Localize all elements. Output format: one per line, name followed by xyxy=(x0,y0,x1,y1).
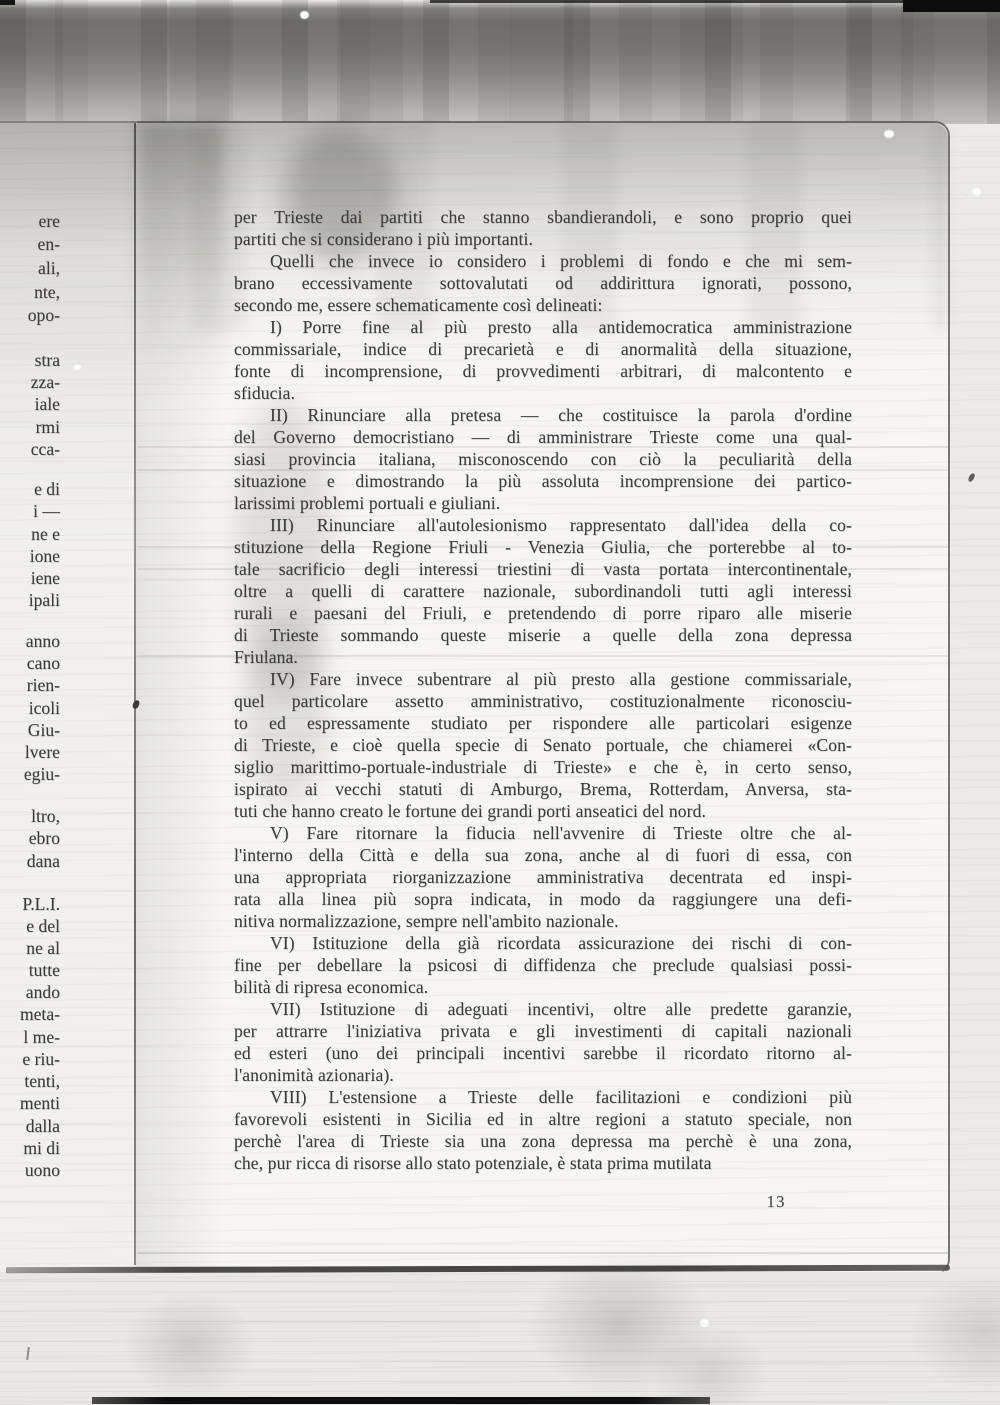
text-line: siglio marittimo-portuale-industriale di… xyxy=(234,756,852,778)
left-page-fragment: en- xyxy=(38,233,60,255)
scan-black-top-edge xyxy=(430,0,1000,3)
text-line: IV) Fare invece subentrare al più presto… xyxy=(234,668,852,690)
left-page-fragment: e di xyxy=(34,478,60,500)
text-line: to ed espressamente studiato per rispond… xyxy=(234,712,852,734)
text-line: di Trieste, e cioè quella specie di Sena… xyxy=(234,734,852,756)
scanned-book-page: { "document": { "language": "Italian", "… xyxy=(0,0,1000,1405)
text-line: Quelli che invece io considero i problem… xyxy=(234,250,852,272)
text-line: perchè l'area di Trieste sia una zona de… xyxy=(234,1130,852,1152)
text-line: brano eccessivamente sottovalutati od ad… xyxy=(234,272,852,294)
text-block: per Trieste dai partiti che stanno sband… xyxy=(234,206,852,1174)
left-page-fragment: anno xyxy=(26,630,60,652)
left-page-fragment: ne e xyxy=(31,523,60,545)
left-page-fragment: zza- xyxy=(31,371,60,393)
text-line: di Trieste sommando queste miserie a que… xyxy=(234,624,852,646)
left-page-fragment: cca- xyxy=(31,438,60,460)
text-line: ispirato ai vecchi statuti di Amburgo, B… xyxy=(234,778,852,800)
text-line: I) Porre fine al più presto alla antidem… xyxy=(234,316,852,338)
left-page-fragment: lvere xyxy=(25,741,60,763)
text-line: stituzione della Regione Friuli - Venezi… xyxy=(234,536,852,558)
paragraph: per Trieste dai partiti che stanno sband… xyxy=(234,206,852,250)
white-speck xyxy=(700,1319,709,1327)
ink-speck xyxy=(967,472,975,482)
text-line: siasi provincia italiana, misconoscendo … xyxy=(234,448,852,470)
text-line: III) Rinunciare all'autolesionismo rappr… xyxy=(234,514,852,536)
text-line: partiti che si considerano i più importa… xyxy=(234,228,852,250)
text-line: ed esteri (uno dei principali incentivi … xyxy=(234,1042,852,1064)
paragraph: I) Porre fine al più presto alla antidem… xyxy=(234,316,852,404)
left-page-fragment: menti xyxy=(20,1092,60,1114)
left-page-fragment: stra xyxy=(35,349,60,371)
text-line: nitiva normalizzazione, sempre nell'ambi… xyxy=(234,910,852,932)
text-line: per Trieste dai partiti che stanno sband… xyxy=(234,206,852,228)
left-page-fragment: egiu- xyxy=(24,763,60,785)
left-page-fragment: ltro, xyxy=(31,805,60,827)
white-speck xyxy=(972,188,981,196)
text-line: fine per debellare la psicosi di diffide… xyxy=(234,954,852,976)
paragraph: VI) Istituzione della già ricordata assi… xyxy=(234,932,852,998)
left-page-fragment: tutte xyxy=(29,959,60,981)
left-page-fragment: opo- xyxy=(28,304,60,326)
text-line: tale sacrificio degli interessi triestin… xyxy=(234,558,852,580)
text-line: V) Fare ritornare la fiducia nell'avveni… xyxy=(234,822,852,844)
left-page-fragment: i — xyxy=(33,500,60,522)
left-page-fragment: cano xyxy=(27,652,60,674)
text-line: l'anonimità azionaria). xyxy=(234,1064,852,1086)
text-line: sfiducia. xyxy=(234,382,852,404)
text-line: quel particolare assetto amministrativo,… xyxy=(234,690,852,712)
left-page-fragment: tenti, xyxy=(24,1070,60,1092)
text-line: commissariale, indice di precarietà e di… xyxy=(234,338,852,360)
text-line: oltre a quelli di carattere nazionale, s… xyxy=(234,580,852,602)
left-page-fragment: e del xyxy=(26,915,60,937)
left-page-fragment: ere xyxy=(39,210,60,232)
text-line: l'interno della Città e della sua zona, … xyxy=(234,844,852,866)
left-page-fragment: P.L.I. xyxy=(22,893,60,915)
paragraph: V) Fare ritornare la fiducia nell'avveni… xyxy=(234,822,852,932)
white-speck xyxy=(884,130,894,138)
left-page-fragment: rien- xyxy=(27,674,60,696)
text-line: rurali e paesani del Friuli, e pretenden… xyxy=(234,602,852,624)
left-page-fragment: mi di xyxy=(23,1137,60,1159)
text-line: bilità di ripresa economica. xyxy=(234,976,852,998)
left-page-fragment: meta- xyxy=(20,1003,60,1025)
paragraph: II) Rinunciare alla pretesa — che costit… xyxy=(234,404,852,514)
paragraph: IV) Fare invece subentrare al più presto… xyxy=(234,668,852,822)
text-line: fonte di incomprensione, di provvediment… xyxy=(234,360,852,382)
text-line: del Governo democristiano — di amministr… xyxy=(234,426,852,448)
paragraph: VII) Istituzione di adeguati incentivi, … xyxy=(234,998,852,1086)
paragraph: III) Rinunciare all'autolesionismo rappr… xyxy=(234,514,852,668)
left-page-fragment: l me- xyxy=(23,1026,60,1048)
scan-black-bottom-strip xyxy=(92,1397,710,1404)
text-line: larissimi problemi portuali e giuliani. xyxy=(234,492,852,514)
paragraph: Quelli che invece io considero i problem… xyxy=(234,250,852,316)
scanner-bottom-area xyxy=(0,1272,1000,1405)
left-page-fragment: icoli xyxy=(29,697,60,719)
book-spine-line xyxy=(134,123,136,1265)
left-page-fragment: uono xyxy=(25,1159,60,1181)
text-line: rata alla linea più sopra indicata, in m… xyxy=(234,888,852,910)
text-line: situazione e dimostrando la più assoluta… xyxy=(234,470,852,492)
left-page-fragment: nte, xyxy=(34,281,60,303)
text-line: II) Rinunciare alla pretesa — che costit… xyxy=(234,404,852,426)
left-page-fragment: ando xyxy=(26,981,60,1003)
text-line: VIII) L'estensione a Trieste delle facil… xyxy=(234,1086,852,1108)
text-line: una appropriata riorganizzazione amminis… xyxy=(234,866,852,888)
left-page-fragment: ipali xyxy=(29,589,60,611)
text-line: Friulana. xyxy=(234,646,852,668)
paragraph: VIII) L'estensione a Trieste delle facil… xyxy=(234,1086,852,1174)
scan-streak-line xyxy=(137,1252,948,1254)
text-line: VI) Istituzione della già ricordata assi… xyxy=(234,932,852,954)
text-line: secondo me, essere schematicamente così … xyxy=(234,294,852,316)
left-page-fragments: ereen-ali,nte,opo-strazza-ialermicca-e d… xyxy=(0,0,64,1405)
left-page-fragment: rmi xyxy=(36,416,60,438)
text-line: VII) Istituzione di adeguati incentivi, … xyxy=(234,998,852,1020)
text-line: per attrarre l'iniziativa privata e gli … xyxy=(234,1020,852,1042)
text-line: favorevoli esistenti in Sicilia ed in al… xyxy=(234,1108,852,1130)
scanner-top-band xyxy=(0,0,1000,124)
page-number: 13 xyxy=(748,1192,804,1212)
left-page-fragment: ne al xyxy=(26,937,60,959)
left-page-fragment: Giu- xyxy=(28,719,60,741)
left-page-fragment: dana xyxy=(27,850,60,872)
left-page-fragment: iale xyxy=(35,393,60,415)
white-speck xyxy=(300,11,309,19)
left-page-fragment: ali, xyxy=(38,257,60,279)
text-line: tuti che hanno creato le fortune dei gra… xyxy=(234,800,852,822)
left-page-fragment: dalla xyxy=(26,1115,60,1137)
left-page-fragment: ebro xyxy=(29,827,60,849)
left-page-fragment: iene xyxy=(31,567,60,589)
left-page-fragment: ione xyxy=(30,545,60,567)
white-speck xyxy=(74,364,81,370)
left-page-fragment: e riu- xyxy=(22,1048,60,1070)
text-line: che, pur ricca di risorse allo stato pot… xyxy=(234,1152,852,1174)
